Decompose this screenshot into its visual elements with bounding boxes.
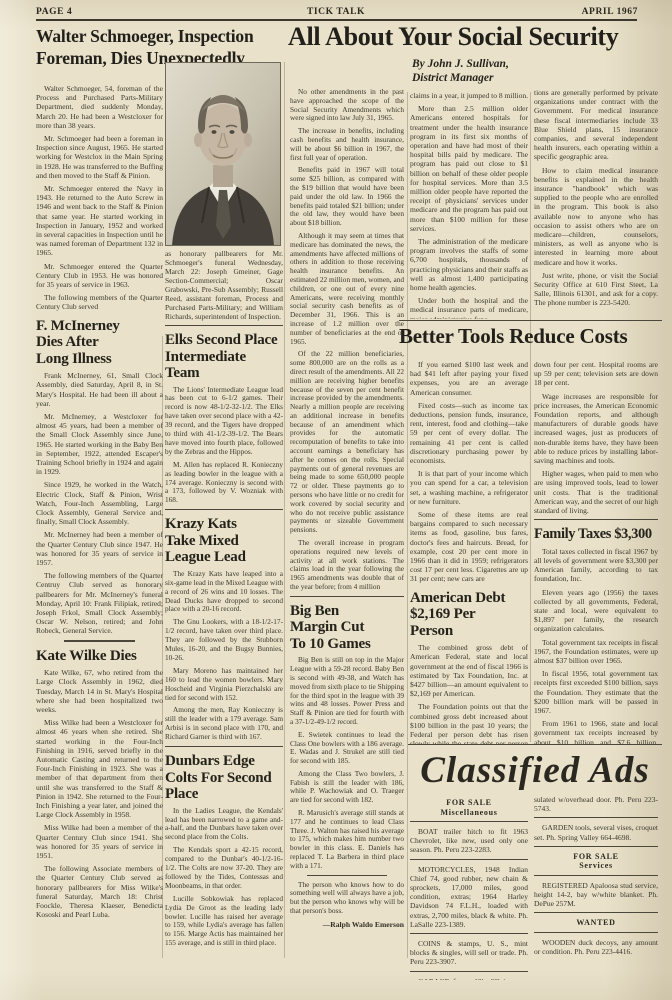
- article-divider: [165, 509, 283, 510]
- column-4-social-security: claims in a year, it jumped to 8 million…: [410, 91, 528, 319]
- article-paragraph: Mr. Schmoeger entered the Quarter Centur…: [36, 262, 163, 290]
- article-paragraph: In fiscal 1956, total government tax rec…: [534, 669, 658, 715]
- classified-ad: BOAT trailer hitch to fit 1963 Chevrolet…: [410, 827, 528, 855]
- column-5-social-security: tions are generally performed by private…: [534, 88, 658, 320]
- article-paragraph: The combined gross debt of American Fede…: [410, 643, 528, 698]
- article-paragraph: Fixed costs—such as income tax deduction…: [410, 401, 528, 465]
- classified-section-label: WANTED: [534, 918, 658, 928]
- classified-section-label: FOR SALE Miscellaneous: [410, 798, 528, 817]
- article-paragraph: Miss Wilke had been a Westcloxer for alm…: [36, 718, 163, 819]
- article-paragraph: The administration of the medicare progr…: [410, 237, 528, 292]
- column-rule: [530, 92, 531, 742]
- article-paragraph: R. Marusich's average still stands at 17…: [290, 809, 404, 871]
- classified-ad: WOODEN duck decoys, any amount or condit…: [534, 938, 658, 956]
- ad-divider: [410, 933, 528, 934]
- article-paragraph: E. Swietek continues to lead the Class O…: [290, 731, 404, 766]
- ad-divider: [534, 817, 658, 818]
- article-paragraph: Kate Wilke, 67, who retired from the Lar…: [36, 668, 163, 714]
- article-paragraph: Mr. McInerney, a Westcloxer for almost 4…: [36, 412, 163, 476]
- classified-ad: GARAGE, frame, 12' x 22', in-: [410, 977, 528, 980]
- article-paragraph: Since 1929, he worked in the Watch, Elec…: [36, 480, 163, 526]
- article-paragraph: The Gnu Lookers, with a 18-1/2-17-1/2 re…: [165, 618, 283, 663]
- column-4-better-tools: If you earned $100 last week and had $41…: [410, 360, 528, 744]
- newspaper-title: TICK TALK: [0, 7, 672, 17]
- article-paragraph: Among the men, Ray Konieczny is still th…: [165, 706, 283, 742]
- article-paragraph: No other amendments in the past have app…: [290, 88, 404, 123]
- column-5-better-tools: down four per cent. Hospital rooms are u…: [534, 360, 658, 744]
- column-rule: [284, 62, 285, 958]
- article-paragraph: The overall increase in program operatio…: [290, 539, 404, 592]
- big-ben-headline: Big Ben Margin Cut To 10 Games: [290, 603, 382, 653]
- photo-caption: as honorary pallbearers for Mr. Schmoege…: [165, 249, 283, 321]
- column-3: No other amendments in the past have app…: [290, 88, 404, 978]
- article-paragraph: Under both the hospital and the medical …: [410, 296, 528, 319]
- article-divider: [165, 325, 283, 326]
- quote-text: The person who knows how to do something…: [290, 881, 404, 916]
- article-paragraph: down four per cent. Hospital rooms are u…: [534, 360, 658, 388]
- article-divider: [534, 519, 658, 520]
- article-paragraph: The following members of the Quarter Cen…: [36, 571, 163, 635]
- article-paragraph: Benefits paid in 1967 will total some $2…: [290, 166, 404, 228]
- article-divider: [290, 596, 404, 597]
- article-paragraph: More than 2.5 million older Americans en…: [410, 104, 528, 233]
- classified-ad: MOTORCYCLES, 1948 Indian Chief 74, good …: [410, 865, 528, 929]
- social-security-headline: All About Your Social Security: [288, 23, 666, 51]
- article-paragraph: The Lions' Intermediate League lead has …: [165, 386, 283, 457]
- article-paragraph: Mary Moreno has maintained her 160 to le…: [165, 667, 283, 703]
- article-paragraph: Frank McInerney, 61, Small Clock Assembl…: [36, 371, 163, 408]
- family-taxes-headline: Family Taxes $3,300: [534, 526, 658, 543]
- article-paragraph: Among the Class Two bowlers, J. Fabish i…: [290, 770, 404, 805]
- column-1: Walter Schmoeger, 54, foreman of the Pro…: [36, 84, 163, 978]
- article-paragraph: Big Ben is still on top in the Major Lea…: [290, 656, 404, 726]
- better-tools-header: Better Tools Reduce Costs: [399, 320, 662, 349]
- article-divider: [307, 875, 387, 876]
- article-paragraph: From 1961 to 1966, state and local gover…: [534, 719, 658, 744]
- schmoeger-portrait-photo: [165, 62, 281, 246]
- article-paragraph: Some of these items are real bargains co…: [410, 510, 528, 584]
- better-tools-headline: Better Tools Reduce Costs: [399, 321, 662, 349]
- classified-ads-headline: Classified Ads: [408, 745, 662, 792]
- dunbars-headline: Dunbars Edge Colts For Second Place: [165, 753, 283, 803]
- ad-divider: [534, 846, 658, 847]
- article-paragraph: Although it may seem at times that medic…: [290, 232, 404, 346]
- classified-ad: REGISTERED Apaloosa stud service, height…: [534, 881, 658, 909]
- article-paragraph: Lucille Sobkowiak has replaced Lydia De …: [165, 895, 283, 948]
- article-paragraph: Miss Wilke had been a member of the Quar…: [36, 823, 163, 860]
- ad-divider: [534, 875, 658, 876]
- article-paragraph: Walter Schmoeger, 54, foreman of the Pro…: [36, 84, 163, 130]
- ad-divider: [534, 912, 658, 913]
- mcinerney-headline: F. McInerney Dies After Long Illness: [36, 318, 126, 368]
- article-paragraph: If you earned $100 last week and had $41…: [410, 360, 528, 397]
- classified-section-label: FOR SALE Services: [534, 852, 658, 871]
- classified-ad: sulated w/overhead door. Ph. Peru 223-57…: [534, 795, 658, 813]
- column-2: as honorary pallbearers for Mr. Schmoege…: [165, 62, 283, 960]
- article-divider: [165, 746, 283, 747]
- article-paragraph: The Krazy Kats have leaped into a six-ga…: [165, 570, 283, 615]
- ad-divider: [534, 932, 658, 933]
- article-paragraph: The Foundation points out that the combi…: [410, 702, 528, 744]
- article-paragraph: Total taxes collected in fiscal 1967 by …: [534, 547, 658, 584]
- kate-wilke-headline: Kate Wilke Dies: [36, 648, 163, 665]
- article-paragraph: It is that part of your income which you…: [410, 469, 528, 506]
- article-paragraph: Mr. Schmoeger had been a foreman in Insp…: [36, 134, 163, 180]
- classified-ad: GARDEN tools, several vises, croquet set…: [534, 823, 658, 841]
- elks-headline: Elks Second Place Intermediate Team: [165, 332, 283, 382]
- article-paragraph: The following members of the Quarter Cen…: [36, 293, 163, 311]
- classified-ads-header: Classified Ads: [408, 744, 662, 792]
- ad-divider: [410, 971, 528, 972]
- article-paragraph: claims in a year, it jumped to 8 million…: [410, 91, 528, 100]
- classified-ad: COINS & stamps, U. S., mint blocks & sin…: [410, 939, 528, 967]
- ad-divider: [410, 821, 528, 822]
- column-5-classified: sulated w/overhead door. Ph. Peru 223-57…: [534, 795, 658, 1000]
- article-paragraph: Mr. Schmoeger entered the Navy in 1943. …: [36, 184, 163, 258]
- article-paragraph: Of the 22 million beneficiaries, some 80…: [290, 350, 404, 535]
- ad-divider: [410, 859, 528, 860]
- article-paragraph: Mr. McInerney had been a member of the Q…: [36, 530, 163, 567]
- article-paragraph: Total government tax receipts in fiscal …: [534, 638, 658, 666]
- article-paragraph: tions are generally performed by private…: [534, 88, 658, 162]
- article-paragraph: Eleven years ago (1956) the taxes collec…: [534, 588, 658, 634]
- article-paragraph: In the Ladies League, the Kendals' lead …: [165, 807, 283, 843]
- portrait-illustration: [166, 63, 280, 245]
- article-paragraph: Wage increases are responsible for price…: [534, 392, 658, 466]
- article-paragraph: How to claim medical insurance benefits …: [534, 166, 658, 267]
- article-paragraph: The Kendals sport a 42-15 record, compar…: [165, 846, 283, 891]
- article-paragraph: The increase in benefits, including cash…: [290, 127, 404, 162]
- american-debt-headline: American Debt $2,169 Per Person: [410, 590, 510, 640]
- article-paragraph: M. Allen has replaced R. Konieczny as le…: [165, 461, 283, 506]
- byline-title: District Manager: [412, 71, 572, 85]
- column-rule: [407, 92, 408, 958]
- krazy-kats-headline: Krazy Kats Take Mixed League Lead: [165, 516, 251, 566]
- issue-date-label: APRIL 1967: [582, 7, 638, 17]
- article-divider: [64, 640, 135, 642]
- article-paragraph: The following Associate members of the Q…: [36, 864, 163, 919]
- article-paragraph: Just write, phone, or visit the Social S…: [534, 271, 658, 308]
- social-security-byline: By John J. Sullivan, District Manager: [412, 57, 572, 85]
- newspaper-page: PAGE 4 TICK TALK APRIL 1967 Walter Schmo…: [0, 0, 672, 1000]
- article-paragraph: Higher wages, when paid to men who are u…: [534, 469, 658, 515]
- column-4-classified: FOR SALE Miscellaneous BOAT trailer hitc…: [410, 795, 528, 980]
- quote-attribution: —Ralph Waldo Emerson: [290, 920, 404, 929]
- masthead-rule: [36, 19, 637, 21]
- byline-author: By John J. Sullivan,: [412, 57, 572, 71]
